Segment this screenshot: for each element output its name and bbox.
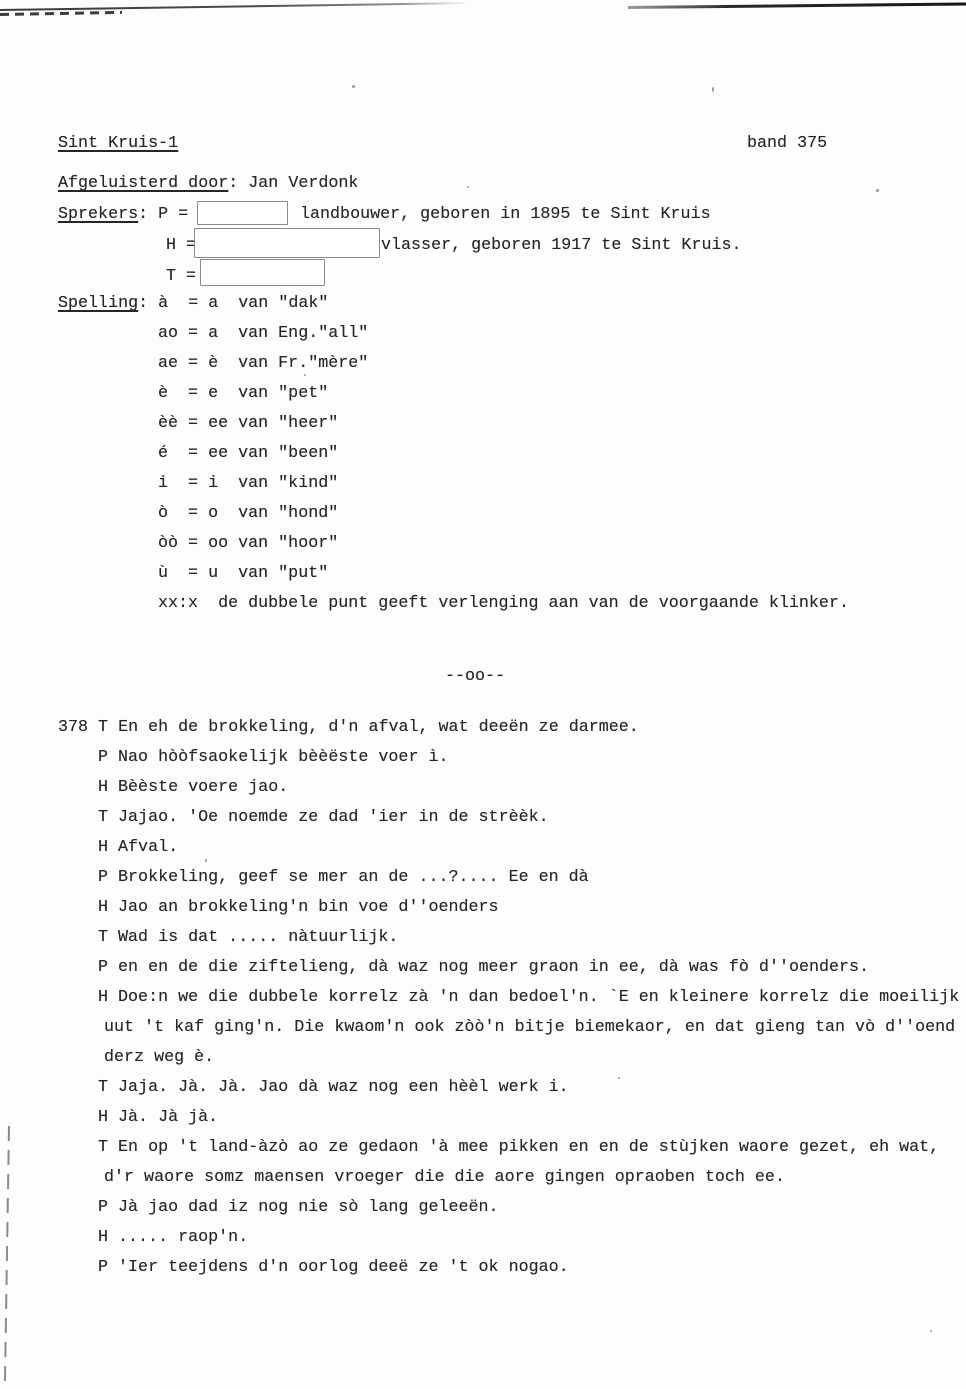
speakers-label: Sprekers <box>58 205 138 224</box>
speaker-h-prefix: H = <box>166 235 196 256</box>
speaker-p-prefix: : P = <box>138 205 188 224</box>
scan-speck <box>618 1077 620 1079</box>
spelling-first-row-text: : à = a van "dak" <box>138 294 328 313</box>
dialogue-line: P Brokkeling, geef se mer an de ...?....… <box>98 867 589 888</box>
scan-speck <box>304 374 306 376</box>
spelling-note: xx:x de dubbele punt geeft verlenging aa… <box>158 593 849 614</box>
dialogue-line: H Doe:n we die dubbele korrelz zà 'n dan… <box>98 987 959 1008</box>
dialogue-line: H ..... raop'n. <box>98 1227 248 1248</box>
scan-speck <box>712 87 714 92</box>
spelling-row: i = i van "kind" <box>158 473 338 494</box>
spelling-row: ò = o van "hond" <box>158 503 338 524</box>
speaker-t-prefix: T = <box>166 266 196 287</box>
dialogue-line: P Nao hòòfsaokelijk bèèëste voer ì. <box>98 747 449 768</box>
band-label: band 375 <box>747 133 827 154</box>
dialogue-line: T Jajao. 'Oe noemde ze dad 'ier in de st… <box>98 807 549 828</box>
spelling-row: èè = ee van "heer" <box>158 413 338 434</box>
scan-speck <box>352 85 355 88</box>
redaction-box-p <box>197 201 288 225</box>
redaction-box-h <box>194 228 380 258</box>
dialogue-line: H Bèèste voere jao. <box>98 777 288 798</box>
document-page: Sint Kruis-1 band 375 Afgeluisterd door:… <box>0 0 966 1389</box>
scan-artifact-top-left-dashes <box>0 11 122 16</box>
spelling-row: ae = è van Fr."mère" <box>158 353 368 374</box>
speaker-h-description: vlasser, geboren 1917 te Sint Kruis. <box>381 235 742 256</box>
speakers-line-p: Sprekers: P = <box>58 204 188 225</box>
spelling-row: òò = oo van "hoor" <box>158 533 338 554</box>
dialogue-line: uut 't kaf ging'n. Die kwaom'n ook zòò'n… <box>104 1017 955 1038</box>
scan-speck <box>467 186 469 188</box>
spelling-row: è = e van "pet" <box>158 383 328 404</box>
spelling-row: ù = u van "put" <box>158 563 328 584</box>
dialogue-line: P 'Ier teejdens d'n oorlog deeë ze 't ok… <box>98 1257 569 1278</box>
spelling-label: Spelling <box>58 294 138 313</box>
speaker-p-description: landbouwer, geboren in 1895 te Sint Krui… <box>300 204 711 225</box>
spelling-row: é = ee van "been" <box>158 443 338 464</box>
dialogue-line: H Afval. <box>98 837 178 858</box>
scan-artifact-top-left-line <box>0 2 470 11</box>
dialogue-line: T Jaja. Jà. Jà. Jao dà waz nog een hèèl … <box>98 1077 569 1098</box>
scan-artifact-left-dashed-line <box>4 1126 10 1389</box>
scan-speck <box>876 189 879 192</box>
dialogue-line: H Jao an brokkeling'n bin voe d''oenders <box>98 897 499 918</box>
dialogue-line: d'r waore somz maensen vroeger die die a… <box>104 1167 785 1188</box>
redaction-box-t <box>200 259 325 286</box>
transcriber-name: : Jan Verdonk <box>228 174 358 193</box>
dialogue-line: P en en de die ziftelieng, dà waz nog me… <box>98 957 869 978</box>
dialogue-line: 378 T En eh de brokkeling, d'n afval, wa… <box>58 717 639 738</box>
spelling-first-row: Spelling: à = a van "dak" <box>58 293 328 314</box>
dialogue-line: derz weg è. <box>104 1047 214 1068</box>
page-title-text: Sint Kruis-1 <box>58 134 178 153</box>
scan-speck <box>205 859 207 862</box>
page-title: Sint Kruis-1 <box>58 133 178 154</box>
transcriber-label: Afgeluisterd door <box>58 174 228 193</box>
section-separator: --oo-- <box>445 666 505 687</box>
scan-speck <box>930 1330 932 1332</box>
dialogue-line: T En op 't land-àzò ao ze gedaon 'à mee … <box>98 1137 939 1158</box>
spelling-row: ao = a van Eng."all" <box>158 323 368 344</box>
dialogue-line: H Jà. Jà jà. <box>98 1107 218 1128</box>
dialogue-line: T Wad is dat ..... nàtuurlijk. <box>98 927 398 948</box>
transcriber-line: Afgeluisterd door: Jan Verdonk <box>58 173 358 194</box>
scan-artifact-top-right-line <box>628 2 966 9</box>
dialogue-line: P Jà jao dad iz nog nie sò lang geleeën. <box>98 1197 499 1218</box>
